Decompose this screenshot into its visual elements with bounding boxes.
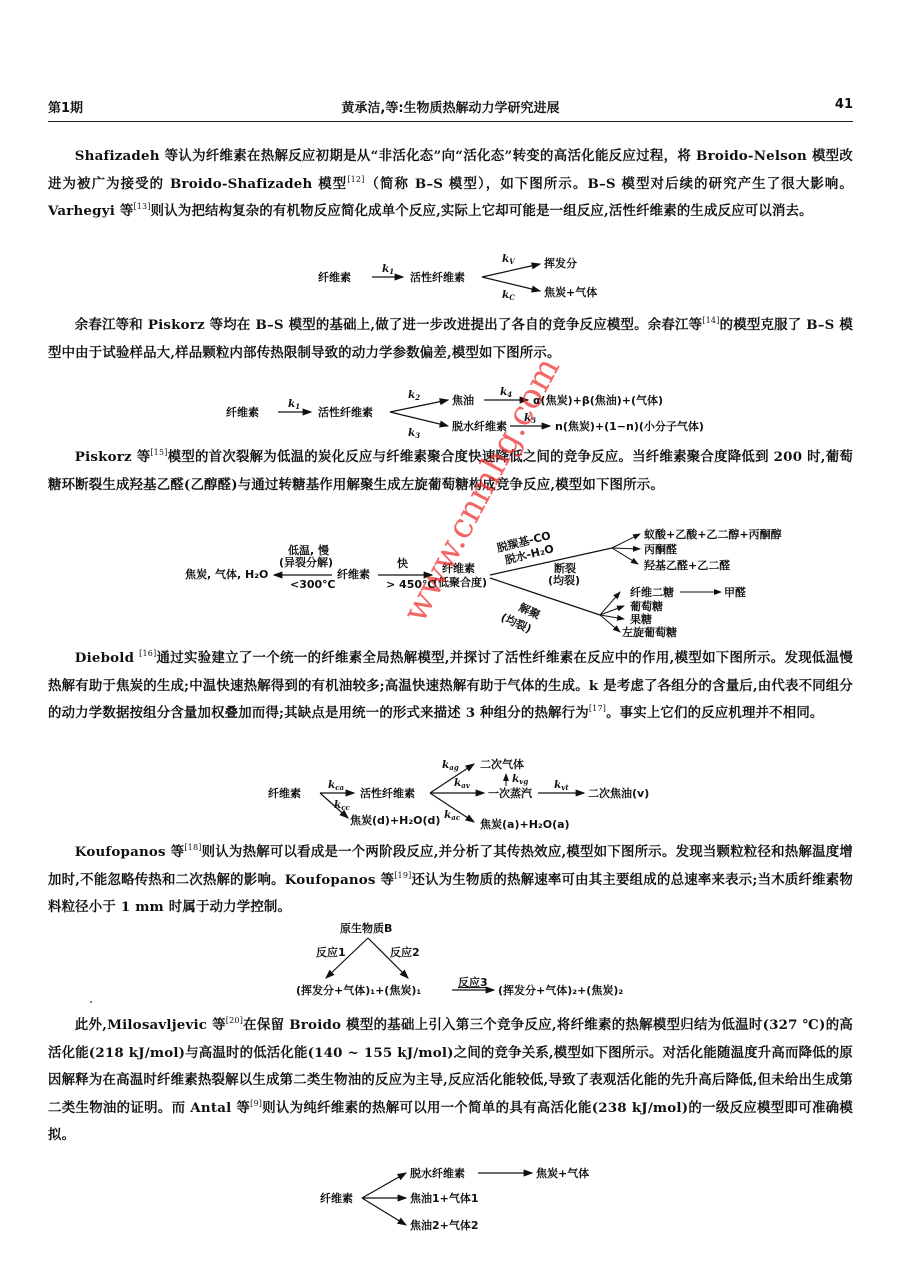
svg-text:kag: kag <box>442 759 459 772</box>
paragraph-shafizadeh: Shafizadeh 等认为纤维素在热解反应初期是从“非活化态”向“活化态”转变… <box>48 143 853 226</box>
diagram-milosavljevic-model: 纤维素 脱水纤维素 焦炭+气体 焦油1+气体1 焦油2+气体2 <box>316 1155 636 1240</box>
diagram-piskorz-model: 焦炭, 气体, H₂O 低温, 慢 (异裂分解) <300℃ 纤维素 快 > 4… <box>150 520 780 645</box>
running-title: 黄承洁,等:生物质热解动力学研究进展 <box>48 97 853 116</box>
citation[interactable]: [16] <box>139 649 156 658</box>
citation[interactable]: [9] <box>250 1099 262 1108</box>
svg-text:k4: k4 <box>500 386 512 399</box>
diagram-yu-model: 纤维素 k1 活性纤维素 k2 k3 焦油 k4 α(焦炭)+β(焦油)+(气体… <box>218 386 698 440</box>
svg-text:焦油2+气体2: 焦油2+气体2 <box>410 1218 479 1232</box>
citation[interactable]: [12] <box>347 175 364 184</box>
svg-text:kvt: kvt <box>554 779 569 792</box>
svg-text:原生物质B: 原生物质B <box>340 921 392 935</box>
svg-text:焦炭, 气体, H₂O: 焦炭, 气体, H₂O <box>185 567 268 581</box>
node-char-gas: 焦炭+气体 <box>544 285 597 299</box>
paragraph-diebold: Diebold [16]通过实验建立了一个统一的纤维素全局热解模型,并探讨了活性… <box>48 645 853 728</box>
node-cellulose: 纤维素 <box>318 270 351 284</box>
svg-text:焦油1+气体1: 焦油1+气体1 <box>410 1191 479 1205</box>
svg-text:纤维二糖: 纤维二糖 <box>630 585 674 599</box>
svg-text:活性纤维素: 活性纤维素 <box>318 405 373 419</box>
svg-text:(低聚合度): (低聚合度) <box>433 575 487 589</box>
svg-text:反应2: 反应2 <box>390 945 420 959</box>
svg-text:(挥发分+气体)₂+(焦炭)₂: (挥发分+气体)₂+(焦炭)₂ <box>498 983 623 997</box>
scan-artifact <box>90 1001 92 1003</box>
svg-text:纤维素: 纤维素 <box>442 561 475 575</box>
svg-text:纤维素: 纤维素 <box>226 405 259 419</box>
running-header: 第1期 黄承洁,等:生物质热解动力学研究进展 41 <box>48 97 853 119</box>
svg-text:> 450℃: > 450℃ <box>386 578 435 591</box>
svg-text:反应1: 反应1 <box>316 945 346 959</box>
svg-text:低温, 慢: 低温, 慢 <box>288 543 329 557</box>
svg-text:(挥发分+气体)₁+(焦炭)₁: (挥发分+气体)₁+(焦炭)₁ <box>296 983 421 997</box>
node-active-cellulose: 活性纤维素 <box>410 270 465 284</box>
svg-text:葡萄糖: 葡萄糖 <box>630 599 663 613</box>
svg-text:脱水纤维素: 脱水纤维素 <box>410 1166 465 1180</box>
node-volatiles: 挥发分 <box>544 256 577 270</box>
svg-text:k1: k1 <box>288 398 300 411</box>
svg-text:二次焦油(v): 二次焦油(v) <box>588 786 649 800</box>
svg-text:kC: kC <box>502 289 515 302</box>
svg-text:果糖: 果糖 <box>630 612 652 626</box>
svg-text:甲醛: 甲醛 <box>724 585 746 599</box>
paper-page: 第1期 黄承洁,等:生物质热解动力学研究进展 41 Shafizadeh 等认为… <box>0 0 904 1262</box>
diagram-bs-model: 纤维素 k1 活性纤维素 kV kC 挥发分 焦炭+气体 <box>310 248 650 302</box>
svg-text:左旋葡萄糖: 左旋葡萄糖 <box>622 625 677 639</box>
header-rule <box>48 121 853 122</box>
svg-text:k5: k5 <box>524 412 536 425</box>
citation[interactable]: [19] <box>394 871 411 880</box>
svg-text:羟基乙醛+乙二醛: 羟基乙醛+乙二醛 <box>644 558 730 572</box>
svg-text:反应3: 反应3 <box>458 975 488 989</box>
citation[interactable]: [13] <box>133 202 150 211</box>
svg-text:焦炭(d)+H₂O(d): 焦炭(d)+H₂O(d) <box>350 813 440 827</box>
svg-text:k1: k1 <box>382 263 394 276</box>
page-number: 41 <box>835 97 853 112</box>
svg-text:kcc: kcc <box>334 799 351 812</box>
svg-text:焦油: 焦油 <box>452 393 474 407</box>
svg-text:一次蒸汽: 一次蒸汽 <box>488 786 533 800</box>
svg-text:kav: kav <box>454 777 471 790</box>
diagram-koufopanos-model: 原生物质B 反应1 反应2 (挥发分+气体)₁+(焦炭)₁ 反应3 (挥发分+气… <box>296 916 676 1006</box>
citation[interactable]: [18] <box>184 843 201 852</box>
svg-text:kV: kV <box>502 253 516 266</box>
citation[interactable]: [20] <box>226 1016 243 1025</box>
svg-text:k3: k3 <box>408 427 420 440</box>
paragraph-yu: 余春江等和 Piskorz 等均在 B–S 模型的基础上,做了进一步改进提出了各… <box>48 312 853 367</box>
svg-text:(均裂): (均裂) <box>548 573 580 587</box>
svg-text:纤维素: 纤维素 <box>337 567 370 581</box>
svg-text:丙酮醛: 丙酮醛 <box>644 542 677 556</box>
svg-text:α(焦炭)+β(焦油)+(气体): α(焦炭)+β(焦油)+(气体) <box>533 393 663 407</box>
citation[interactable]: [17] <box>589 704 606 713</box>
svg-text:蚁酸+乙酸+乙二醇+丙酮醇: 蚁酸+乙酸+乙二醇+丙酮醇 <box>644 527 782 541</box>
svg-text:kvg: kvg <box>512 773 528 786</box>
svg-text:纤维素: 纤维素 <box>268 786 301 800</box>
svg-text:断裂: 断裂 <box>554 561 576 575</box>
svg-text:活性纤维素: 活性纤维素 <box>360 786 415 800</box>
svg-text:kca: kca <box>328 779 345 792</box>
svg-text:n(焦炭)+(1−n)(小分子气体): n(焦炭)+(1−n)(小分子气体) <box>555 419 704 433</box>
svg-text:k2: k2 <box>408 389 420 402</box>
svg-text:<300℃: <300℃ <box>290 578 336 591</box>
svg-text:焦炭+气体: 焦炭+气体 <box>536 1166 589 1180</box>
diagram-diebold-model: 纤维素 kca kcc 焦炭(d)+H₂O(d) 活性纤维素 kag kav k… <box>262 752 692 832</box>
svg-text:纤维素: 纤维素 <box>320 1191 353 1205</box>
svg-text:二次气体: 二次气体 <box>480 757 524 771</box>
paragraph-piskorz: Piskorz 等[15]模型的首次裂解为低温的炭化反应与纤维素聚合度快速降低之… <box>48 444 853 499</box>
paragraph-milosavljevic: 此外,Milosavljevic 等[20]在保留 Broido 模型的基础上引… <box>48 1012 853 1150</box>
svg-text:(异裂分解): (异裂分解) <box>279 555 333 569</box>
citation[interactable]: [15] <box>150 448 167 457</box>
citation[interactable]: [14] <box>702 316 719 325</box>
paragraph-koufopanos: Koufopanos 等[18]则认为热解可以看成是一个两阶段反应,并分析了其传… <box>48 839 853 922</box>
svg-text:快: 快 <box>397 556 408 570</box>
svg-text:焦炭(a)+H₂O(a): 焦炭(a)+H₂O(a) <box>480 817 570 831</box>
svg-text:脱水纤维素: 脱水纤维素 <box>452 419 507 433</box>
